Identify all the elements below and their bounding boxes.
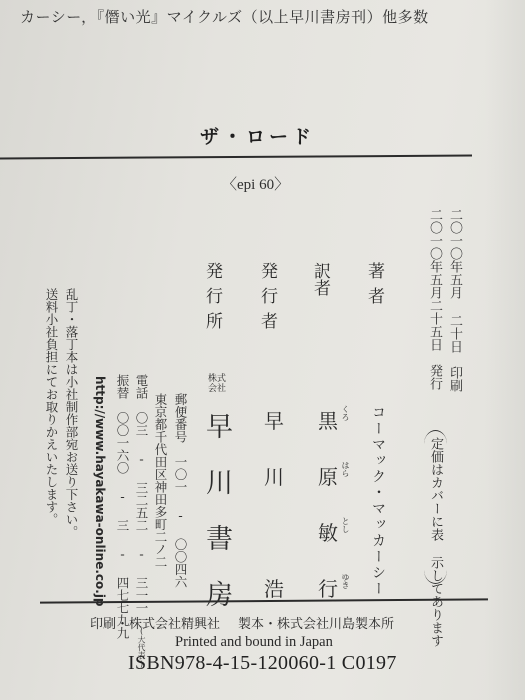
translator-name: 黒くろ 原はら 敏とし 行ゆき bbox=[318, 405, 338, 629]
ruby: はら bbox=[340, 461, 351, 477]
publisher-label: 発行者 bbox=[255, 262, 280, 337]
translator-char: 黒くろ bbox=[318, 405, 338, 461]
price-note: 定価はカバーに表 示してあります bbox=[424, 430, 447, 584]
series-label: 〈epi 60〉 bbox=[222, 173, 289, 194]
page-edge-shadow bbox=[485, 0, 525, 700]
publisher-char: 早 bbox=[264, 405, 284, 461]
website-link[interactable]: http://www.hayakawa-online.co.jp bbox=[93, 376, 107, 607]
printer-binder-line: 印刷・株式会社精興社製本・株式会社川島製本所 bbox=[90, 613, 394, 632]
printed-in-japan: Printed and bound in Japan bbox=[175, 634, 333, 651]
price-note-line-1: 定価はカバーに表 bbox=[426, 437, 445, 541]
printer: 印刷・株式会社精興社 bbox=[90, 617, 220, 632]
author-name: コーマック・マッカーシー bbox=[368, 405, 388, 597]
publishing-house-label: 発行所 bbox=[200, 262, 225, 337]
translator-char: 原はら bbox=[318, 461, 338, 517]
title-divider bbox=[0, 155, 472, 160]
ruby: とし bbox=[340, 517, 351, 533]
footer-divider bbox=[40, 598, 488, 603]
author-label: 著者 bbox=[362, 262, 387, 312]
publisher-name: 早 川 浩 bbox=[264, 405, 284, 602]
street-address: 東京都千代田区神田多町二ノ二 bbox=[151, 393, 169, 568]
corporation-mark: 株式 会社 bbox=[206, 374, 228, 394]
binder: 製本・株式会社川島製本所 bbox=[238, 617, 394, 632]
translator-label: 訳者 bbox=[308, 262, 333, 296]
defect-notice-line-2: 送料小社負担にてお取りかえいたします。 bbox=[42, 288, 60, 526]
house-char: 早 bbox=[206, 405, 233, 461]
isbn: ISBN978-4-15-120060-1 C0197 bbox=[128, 652, 397, 675]
defect-notice-line-1: 乱丁・落丁本は小社制作部宛お送り下さい。 bbox=[62, 288, 80, 538]
transfer-account: 振替 〇〇一六〇 - 三 - 四七七九九 bbox=[113, 374, 131, 639]
publish-date: 二〇一〇年五月二十五日 発行 bbox=[425, 208, 444, 390]
ruby: ゆき bbox=[340, 573, 351, 589]
translator-char: 敏とし bbox=[318, 517, 338, 573]
publishing-house-name: 早 川 書 房 bbox=[206, 405, 233, 629]
postal-code: 郵便番号 一〇一 - 〇〇四六 bbox=[171, 393, 189, 588]
publisher-char: 浩 bbox=[264, 573, 284, 602]
house-char: 川 bbox=[206, 461, 233, 517]
ruby: くろ bbox=[340, 405, 351, 421]
price-note-line-2: 示してあります bbox=[426, 556, 445, 647]
house-char: 書 bbox=[206, 517, 233, 573]
print-date: 二〇一〇年五月 二十日 印刷 bbox=[445, 208, 464, 392]
previous-works-line: カーシー，『僭い光』マイクルズ（以上早川書房刊）他多数 bbox=[20, 6, 429, 27]
book-title: ザ・ロード bbox=[200, 122, 315, 149]
publisher-char: 川 bbox=[264, 461, 284, 517]
